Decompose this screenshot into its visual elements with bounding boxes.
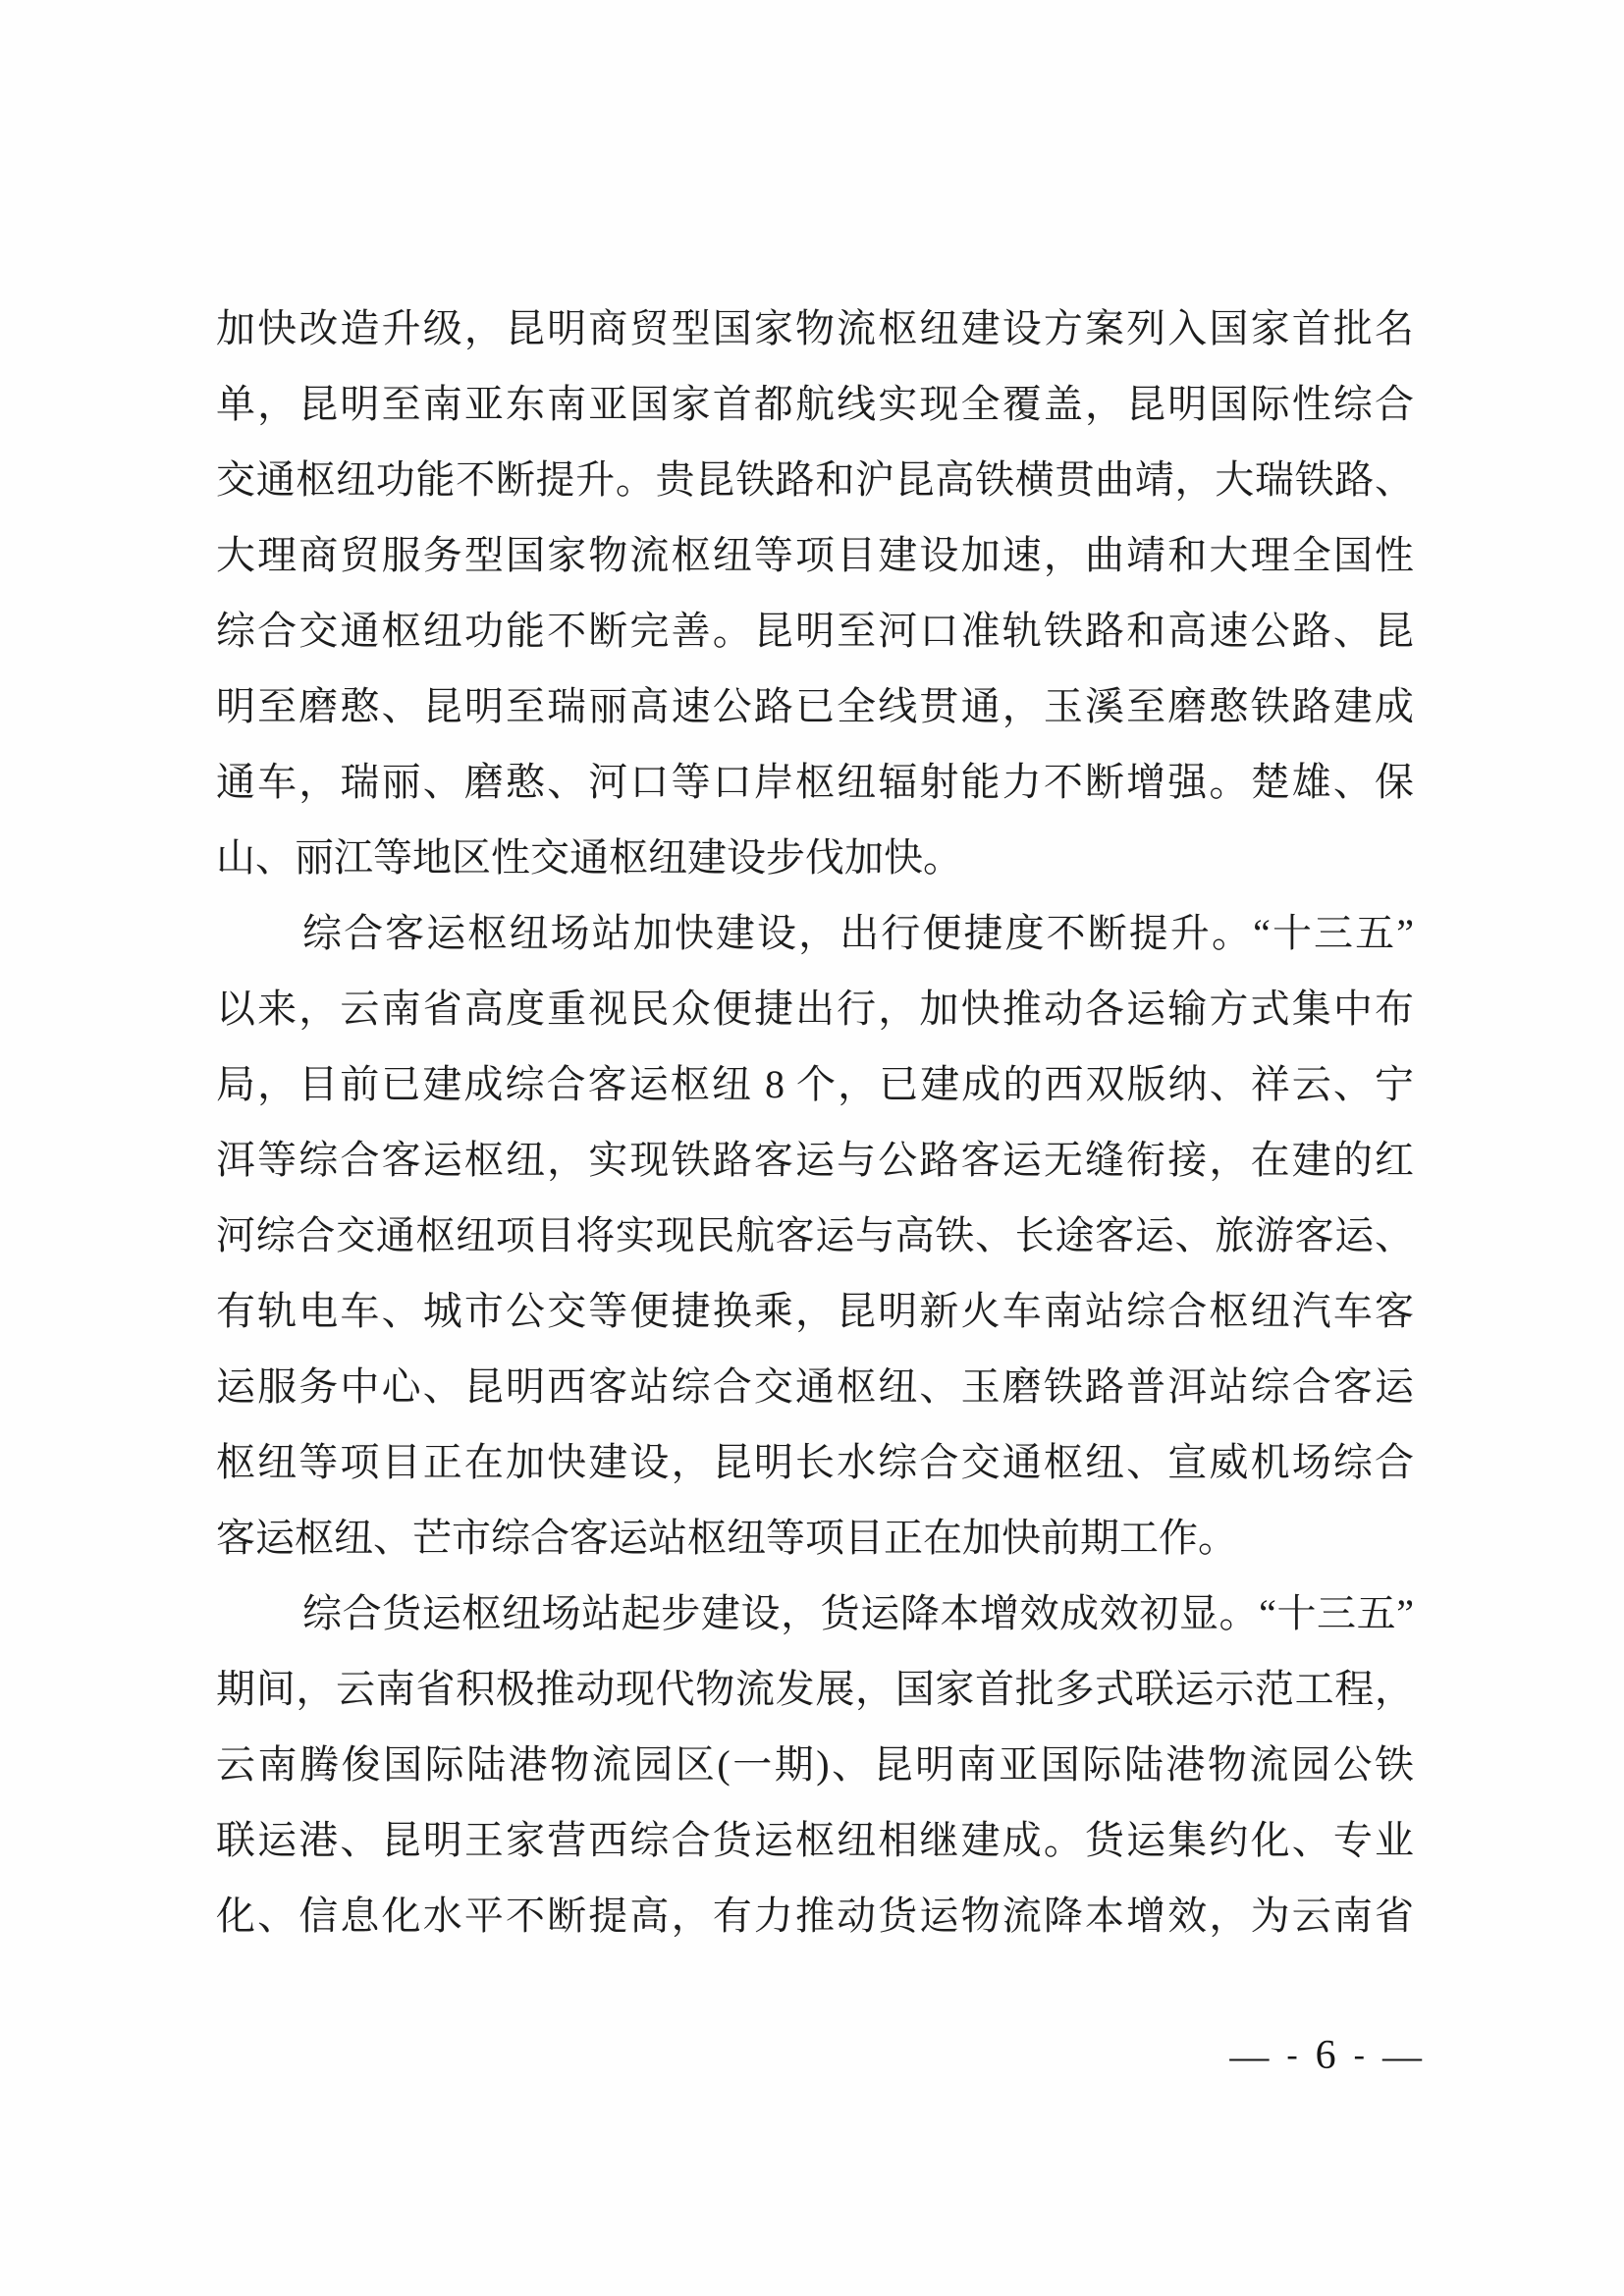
footer-hyphen-left: - xyxy=(1286,2037,1297,2074)
page-number: 6 xyxy=(1316,2032,1336,2079)
text-line: 明至磨憨、昆明至瑞丽高速公路已全线贯通，玉溪至磨憨铁路建成 xyxy=(216,668,1414,744)
text-line: 有轨电车、城市公交等便捷换乘，昆明新火车南站综合枢纽汽车客 xyxy=(216,1273,1414,1349)
text-line: 综合交通枢纽功能不断完善。昆明至河口准轨铁路和高速公路、昆 xyxy=(216,593,1414,668)
document-page: 加快改造升级，昆明商贸型国家物流枢纽建设方案列入国家首批名 单，昆明至南亚东南亚… xyxy=(0,0,1624,2296)
text-line: 河综合交通枢纽项目将实现民航客运与高铁、长途客运、旅游客运、 xyxy=(216,1198,1414,1273)
footer-hyphen-right: - xyxy=(1354,2037,1365,2074)
text-line: 联运港、昆明王家营西综合货运枢纽相继建成。货运集约化、专业 xyxy=(216,1802,1414,1878)
footer-dash-left: — xyxy=(1229,2033,1269,2079)
text-line: 通车，瑞丽、磨憨、河口等口岸枢纽辐射能力不断增强。楚雄、保 xyxy=(216,744,1414,820)
text-line: 化、信息化水平不断提高，有力推动货运物流降本增效，为云南省 xyxy=(216,1878,1414,1953)
paragraph: 综合客运枢纽场站加快建设，出行便捷度不断提升。“十三五” 以来，云南省高度重视民… xyxy=(216,895,1414,1575)
text-line: 客运枢纽、芒市综合客运站枢纽等项目正在加快前期工作。 xyxy=(216,1500,1414,1575)
document-page-body: { "document": { "background_color": "#fe… xyxy=(0,0,1624,2296)
footer-dash-right: — xyxy=(1382,2033,1422,2079)
page-number-footer: — - 6 - — xyxy=(1229,2034,1422,2077)
paragraph: 综合货运枢纽场站起步建设，货运降本增效成效初显。“十三五” 期间，云南省积极推动… xyxy=(216,1575,1414,1953)
text-line: 局，目前已建成综合客运枢纽 8 个，已建成的西双版纳、祥云、宁 xyxy=(216,1046,1414,1122)
text-line: 洱等综合客运枢纽，实现铁路客运与公路客运无缝衔接，在建的红 xyxy=(216,1122,1414,1198)
text-line: 运服务中心、昆明西客站综合交通枢纽、玉磨铁路普洱站综合客运 xyxy=(216,1349,1414,1424)
text-line: 山、丽江等地区性交通枢纽建设步伐加快。 xyxy=(216,820,1414,895)
text-line: 加快改造升级，昆明商贸型国家物流枢纽建设方案列入国家首批名 xyxy=(216,291,1414,366)
text-line: 大理商贸服务型国家物流枢纽等项目建设加速，曲靖和大理全国性 xyxy=(216,517,1414,593)
text-line: 综合客运枢纽场站加快建设，出行便捷度不断提升。“十三五” xyxy=(216,895,1414,971)
document-text-block: 加快改造升级，昆明商贸型国家物流枢纽建设方案列入国家首批名 单，昆明至南亚东南亚… xyxy=(216,291,1414,1953)
text-line: 单，昆明至南亚东南亚国家首都航线实现全覆盖，昆明国际性综合 xyxy=(216,366,1414,442)
paragraph: 加快改造升级，昆明商贸型国家物流枢纽建设方案列入国家首批名 单，昆明至南亚东南亚… xyxy=(216,291,1414,895)
text-line: 枢纽等项目正在加快建设，昆明长水综合交通枢纽、宣威机场综合 xyxy=(216,1424,1414,1500)
text-line: 综合货运枢纽场站起步建设，货运降本增效成效初显。“十三五” xyxy=(216,1575,1414,1651)
text-line: 云南腾俊国际陆港物流园区(一期)、昆明南亚国际陆港物流园公铁 xyxy=(216,1727,1414,1802)
text-line: 期间，云南省积极推动现代物流发展，国家首批多式联运示范工程， xyxy=(216,1651,1414,1727)
text-line: 以来，云南省高度重视民众便捷出行，加快推动各运输方式集中布 xyxy=(216,971,1414,1046)
text-line: 交通枢纽功能不断提升。贵昆铁路和沪昆高铁横贯曲靖，大瑞铁路、 xyxy=(216,442,1414,517)
